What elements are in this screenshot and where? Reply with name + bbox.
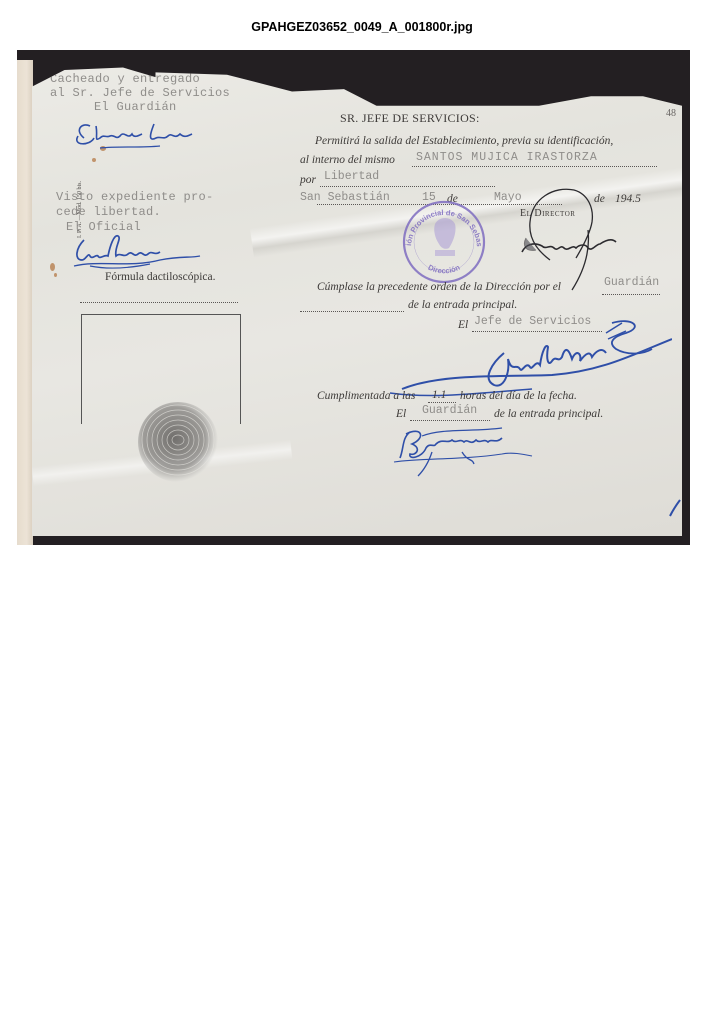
hour-dotted-line — [428, 402, 456, 403]
completion-suffix: horas del día de la fecha. — [460, 390, 577, 402]
fingerprint-box-left — [81, 314, 82, 424]
ink-mark — [668, 498, 682, 518]
page-number: 48 — [666, 108, 676, 119]
official-signature — [70, 226, 210, 276]
completion-prefix: Cumplimentada a las — [317, 390, 415, 402]
chief-of-services-signature — [382, 303, 672, 403]
left-header-line-2: al Sr. Jefe de Servicios — [50, 86, 230, 100]
inmate-name: SANTOS MUJICA IRASTORZA — [416, 151, 598, 164]
fingerprint-dotted-line — [80, 302, 238, 303]
compliance-role-1: Guardián — [604, 276, 659, 289]
order-line-3-prefix: por — [300, 174, 316, 186]
scanned-document: Cacheado y entregado al Sr. Jefe de Serv… — [17, 50, 690, 545]
completion-hour: 1.1 — [432, 389, 446, 401]
compliance-line-1: Cúmplase la precedente orden de la Direc… — [317, 281, 561, 293]
left-header-line-1: Cacheado y entregado — [50, 72, 200, 86]
guardian-signature — [70, 116, 220, 156]
rust-stain — [54, 273, 57, 277]
file-title: GPAHGEZ03652_0049_A_001800r.jpg — [0, 20, 724, 34]
reason-dotted-line — [320, 186, 495, 187]
release-reason: Libertad — [324, 170, 379, 183]
inmate-name-dotted-line — [412, 166, 657, 167]
date-place: San Sebastián — [300, 191, 390, 204]
fingerprint-box-right — [240, 314, 241, 424]
prison-direction-stamp: Prisión Provincial de San Sebastián Dire… — [399, 198, 489, 284]
order-heading: SR. JEFE DE SERVICIOS: — [340, 111, 480, 126]
fingerprint-box-top — [81, 314, 241, 315]
paper-sheet: Cacheado y entregado al Sr. Jefe de Serv… — [32, 58, 682, 536]
role1-dotted-line — [602, 294, 660, 295]
rust-stain — [50, 263, 55, 271]
paper-edge-strip — [17, 60, 33, 545]
fingerprint-image — [136, 400, 226, 490]
order-line-1: Permitirá la salida del Establecimiento,… — [315, 135, 613, 147]
left-note-line-1: Visto expediente pro- — [56, 190, 214, 204]
fingerprint-label: Fórmula dactiloscópica. — [105, 271, 216, 283]
svg-text:Dirección: Dirección — [427, 263, 462, 276]
left-note-line-2: cede libertad. — [56, 205, 161, 219]
guardian-final-signature — [382, 418, 542, 478]
order-line-2-prefix: al interno del mismo — [300, 154, 395, 166]
stamp-bottom-text: Dirección — [427, 263, 462, 276]
rust-stain — [92, 158, 96, 162]
left-header-line-3: El Guardián — [94, 100, 177, 114]
completion-role: Guardián — [422, 404, 477, 417]
